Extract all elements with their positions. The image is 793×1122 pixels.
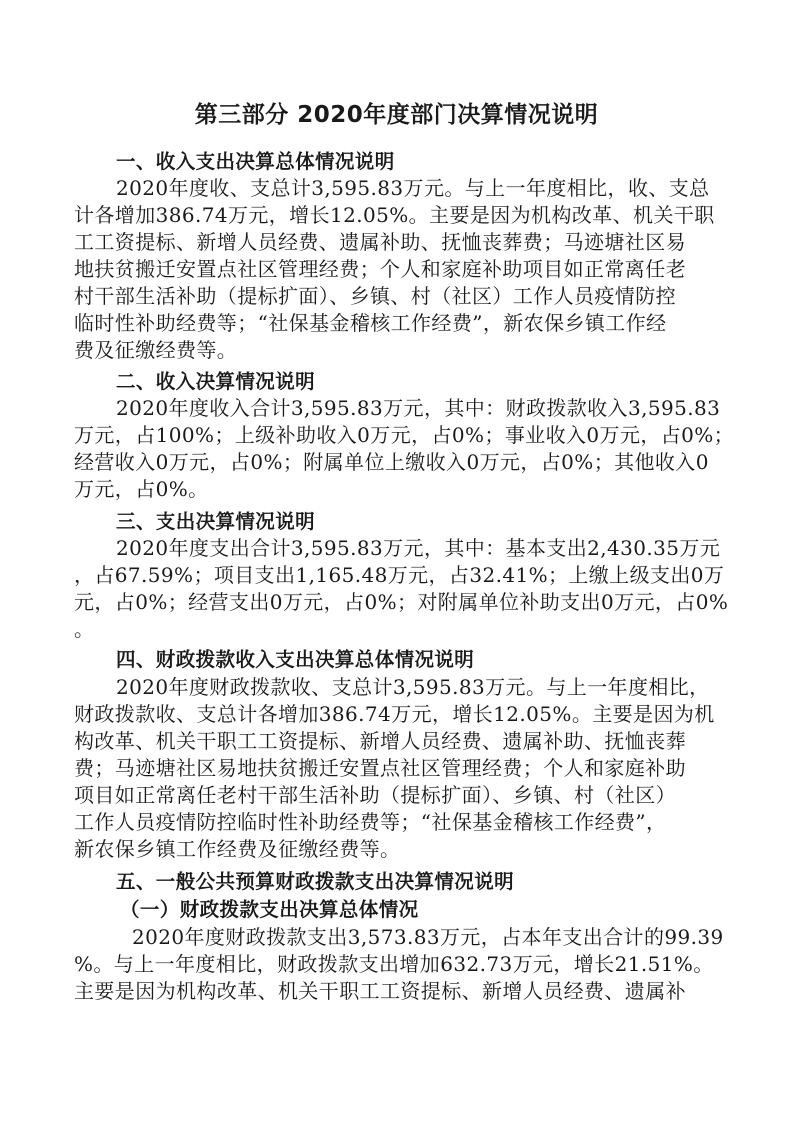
paragraph-line: 地扶贫搬迁安置点社区管理经费；个人和家庭补助项目如正常离任老 [74,256,714,283]
paragraph-line: 万元，占0%。 [74,476,714,503]
paragraph-line: 。 [74,616,714,643]
paragraph-line: 2020年度收入合计3,595.83万元，其中：财政拨款收入3,595.83 [116,395,756,422]
paragraph-line: 计各增加386.74万元，增长12.05%。主要是因为机构改革、机关干职 [74,202,714,229]
section-heading-5: 五、一般公共预算财政拨款支出决算情况说明 [116,868,756,895]
section-heading-3: 三、支出决算情况说明 [116,508,756,535]
paragraph-line: 元，占0%；经营支出0万元，占0%；对附属单位补助支出0万元，占0% [74,589,714,616]
paragraph-line: 2020年度财政拨款支出3,573.83万元，占本年支出合计的99.39 [132,924,772,951]
paragraph-line: 财政拨款收、支总计各增加386.74万元，增长12.05%。主要是因为机 [74,701,714,728]
paragraph-line: 2020年度收、支总计3,595.83万元。与上一年度相比，收、支总 [116,175,756,202]
paragraph-line: 村干部生活补助（提标扩面）、乡镇、村（社区）工作人员疫情防控 [74,283,714,310]
section-heading-4: 四、财政拨款收入支出决算总体情况说明 [116,646,756,673]
paragraph-line: %。与上一年度相比，财政拨款支出增加632.73万元，增长21.51%。 [74,951,714,978]
paragraph-line: 费；马迹塘社区易地扶贫搬迁安置点社区管理经费；个人和家庭补助 [74,755,714,782]
paragraph-line: 工工资提标、新增人员经费、遗属补助、抚恤丧葬费；马迹塘社区易 [74,229,714,256]
paragraph-line: 工作人员疫情防控临时性补助经费等；“社保基金稽核工作经费”， [74,809,714,836]
paragraph-line: 临时性补助经费等；“社保基金稽核工作经费”，新农保乡镇工作经 [74,310,714,337]
paragraph-line: 项目如正常离任老村干部生活补助（提标扩面）、乡镇、村（社区） [74,782,714,809]
paragraph-line: 主要是因为机构改革、机关干职工工资提标、新增人员经费、遗属补 [74,978,714,1005]
paragraph-line: 2020年度财政拨款收、支总计3,595.83万元。与上一年度相比， [116,674,756,701]
paragraph-line: 万元，占100%；上级补助收入0万元，占0%；事业收入0万元，占0%； [74,422,714,449]
section-heading-1: 一、收入支出决算总体情况说明 [116,148,756,175]
section-heading-2: 二、收入决算情况说明 [116,368,756,395]
paragraph-line: 构改革、机关干职工工资提标、新增人员经费、遗属补助、抚恤丧葬 [74,728,714,755]
paragraph-line: 费及征缴经费等。 [74,337,714,364]
paragraph-line: 2020年度支出合计3,595.83万元，其中：基本支出2,430.35万元 [116,535,756,562]
paragraph-line: ，占67.59%；项目支出1,165.48万元，占32.41%；上缴上级支出0万 [74,562,714,589]
paragraph-line: 经营收入0万元，占0%；附属单位上缴收入0万元，占0%；其他收入0 [74,449,714,476]
page-title: 第三部分 2020年度部门决算情况说明 [0,96,793,129]
subsection-heading: （一）财政拨款支出决算总体情况 [120,896,760,923]
paragraph-line: 新农保乡镇工作经费及征缴经费等。 [74,836,714,863]
document-page: 第三部分 2020年度部门决算情况说明 一、收入支出决算总体情况说明 2020年… [0,0,793,1122]
